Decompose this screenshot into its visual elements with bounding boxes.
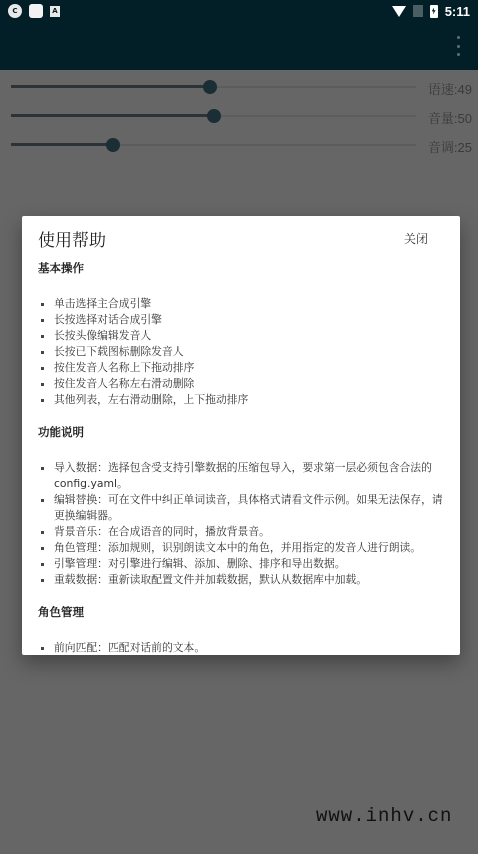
battery-charging-icon	[430, 5, 438, 18]
list-item: 前向匹配：匹配对话前的文本。	[38, 640, 446, 656]
section-basic-operations: 基本操作 单击选择主合成引擎 长按选择对话合成引擎 长按头像编辑发音人 长按已下…	[38, 260, 446, 408]
watermark: www.inhv.cn	[316, 805, 452, 827]
list-item: 重载数据：重新读取配置文件并加载数据，默认从数据库中加载。	[38, 572, 446, 588]
dialog-title: 使用帮助	[38, 226, 106, 251]
pitch-slider-thumb[interactable]	[106, 138, 120, 152]
wifi-icon	[392, 6, 406, 17]
notification-app-icon: C	[8, 4, 22, 18]
clock: 5:11	[445, 4, 470, 19]
section-title: 功能说明	[38, 424, 446, 440]
volume-label: 音量:50	[428, 108, 472, 127]
list-item: 背景音乐：在合成语音的同时，播放背景音。	[38, 524, 446, 540]
pitch-slider-row: 音调:25	[0, 131, 478, 159]
pitch-slider-fill	[11, 143, 112, 146]
section-title: 角色管理	[38, 604, 446, 620]
more-vert-icon[interactable]	[452, 36, 464, 56]
section-title: 基本操作	[38, 260, 446, 276]
list-item: 按住发音人名称左右滑动删除	[38, 376, 446, 392]
no-sim-icon	[413, 5, 423, 17]
notification-a-icon: A	[50, 6, 60, 17]
section-feature-description: 功能说明 导入数据：选择包含受支持引擎数据的压缩包导入，要求第一层必须包含合法的…	[38, 424, 446, 588]
list-item: 导入数据：选择包含受支持引擎数据的压缩包导入，要求第一层必须包含合法的confi…	[38, 460, 446, 492]
list-item: 引擎管理：对引擎进行编辑、添加、删除、排序和导出数据。	[38, 556, 446, 572]
speed-slider-thumb[interactable]	[203, 80, 217, 94]
list-item: 单击选择主合成引擎	[38, 296, 446, 312]
help-dialog: 使用帮助 关闭 基本操作 单击选择主合成引擎 长按选择对话合成引擎 长按头像编辑…	[22, 216, 460, 655]
status-bar-notifications: C A	[8, 4, 60, 18]
notification-square-icon	[29, 4, 43, 18]
list-item: 其他列表，左右滑动删除，上下拖动排序	[38, 392, 446, 408]
list-item: 长按已下载图标删除发音人	[38, 344, 446, 360]
app-bar	[0, 22, 478, 70]
status-bar: C A 5:11	[0, 0, 478, 22]
close-button[interactable]: 关闭	[404, 230, 428, 247]
status-bar-system: 5:11	[392, 4, 470, 19]
speed-label: 语速:49	[428, 79, 472, 98]
speed-slider-row: 语速:49	[0, 73, 478, 101]
volume-slider-thumb[interactable]	[207, 109, 221, 123]
list-item: 编辑替换：可在文件中纠正单词读音，具体格式请看文件示例。如果无法保存，请更换编辑…	[38, 492, 446, 524]
list-item: 角色管理：添加规则，识别朗读文本中的角色，并用指定的发音人进行朗读。	[38, 540, 446, 556]
list-item: 长按头像编辑发音人	[38, 328, 446, 344]
dialog-body: 基本操作 单击选择主合成引擎 长按选择对话合成引擎 长按头像编辑发音人 长按已下…	[38, 260, 446, 656]
speed-slider-fill	[11, 85, 210, 88]
list-item: 按住发音人名称上下拖动排序	[38, 360, 446, 376]
list-item: 长按选择对话合成引擎	[38, 312, 446, 328]
section-role-management: 角色管理 前向匹配：匹配对话前的文本。	[38, 604, 446, 656]
volume-slider-row: 音量:50	[0, 102, 478, 130]
volume-slider-fill	[11, 114, 214, 117]
pitch-label: 音调:25	[428, 137, 472, 156]
